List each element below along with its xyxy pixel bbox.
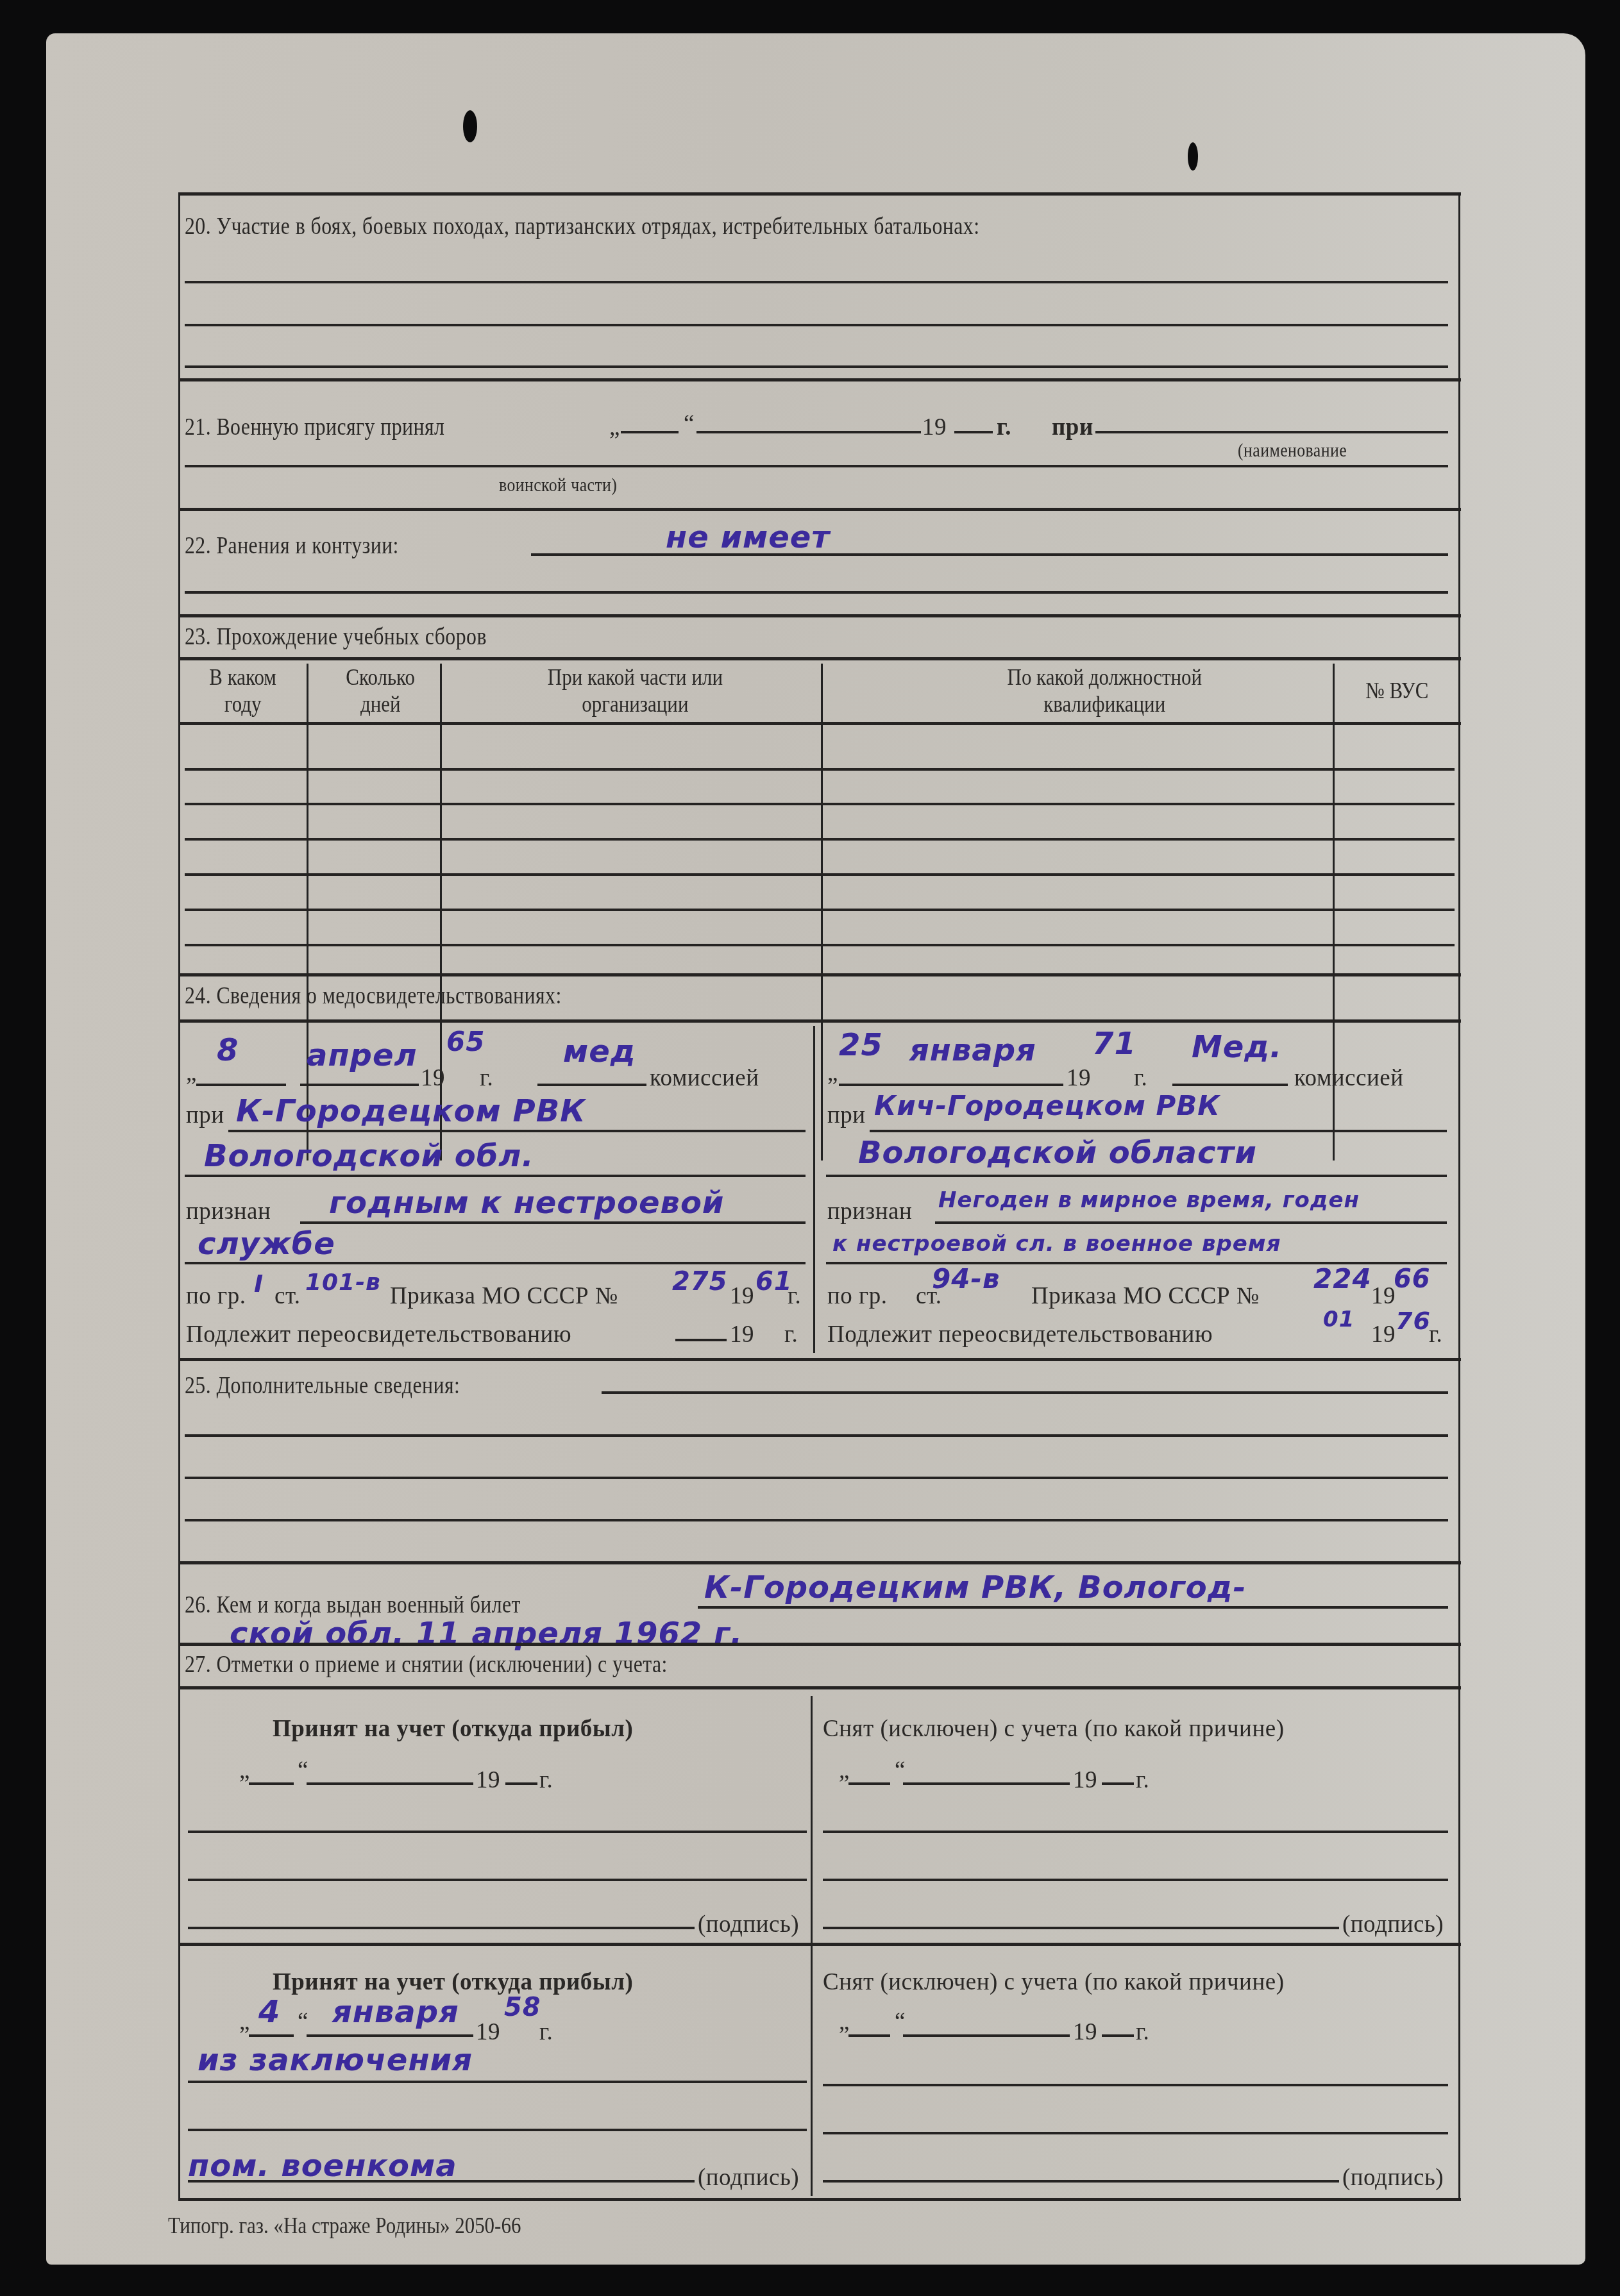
s20-line-3[interactable] bbox=[185, 365, 1448, 368]
s24-left-recognized-rule1 bbox=[300, 1221, 806, 1224]
s27-b2-rem-quote-open: „ bbox=[839, 2008, 850, 2036]
form-bottom-rule bbox=[178, 2198, 1461, 2201]
binding-tear-left bbox=[463, 110, 477, 142]
s24-right-subject-g: г. bbox=[1429, 1321, 1442, 1348]
s24-right-subject-year: 19 bbox=[1371, 1321, 1396, 1348]
s23-row-line-6[interactable] bbox=[185, 944, 1455, 946]
s24-left-quote: „ bbox=[186, 1059, 197, 1087]
s27-header-bottom bbox=[178, 1686, 1461, 1689]
s24-right-recognized-line1[interactable]: Негоден в мирное время, годен bbox=[938, 1187, 1360, 1213]
s26-value-line1[interactable]: К-Городецким РВК, Вологод- bbox=[704, 1570, 1247, 1605]
s24-left-commission: комиссией bbox=[650, 1064, 759, 1092]
s27-b2-acc-signature[interactable]: пом. военкома bbox=[188, 2148, 457, 2184]
s27-b2-acc-from-2[interactable] bbox=[188, 2129, 807, 2131]
s24-left-order-no[interactable]: 275 bbox=[672, 1267, 728, 1296]
s24-left-subject-g: г. bbox=[784, 1321, 798, 1348]
s27-block-divider bbox=[178, 1943, 1461, 1946]
s24-right-reexam-month[interactable]: 01 bbox=[1323, 1307, 1354, 1332]
s24-left-month-line bbox=[300, 1084, 419, 1086]
s24-right-at-line1[interactable]: Кич-Городецком РВК bbox=[874, 1090, 1220, 1121]
s24-right-day[interactable]: 25 bbox=[839, 1027, 883, 1063]
s26-value-line2[interactable]: ской обл. 11 апреля 1962 г. bbox=[230, 1616, 743, 1652]
s24-right-order-year[interactable]: 66 bbox=[1394, 1264, 1431, 1294]
s21-quote-open: „ bbox=[609, 414, 620, 441]
s24-right-year[interactable]: 71 bbox=[1092, 1026, 1136, 1062]
s24-label: 24. Сведения о медосвидетельствованиях: bbox=[185, 982, 562, 1010]
s25-line-1[interactable] bbox=[602, 1391, 1448, 1394]
s27-b1-acc-month[interactable] bbox=[307, 1782, 473, 1785]
s20-line-1[interactable] bbox=[185, 281, 1448, 283]
s24-right-quote: „ bbox=[827, 1059, 838, 1087]
s23-header-bottom bbox=[178, 722, 1461, 725]
s27-b1-rem-reason-2[interactable] bbox=[823, 1879, 1448, 1881]
s24-left-month[interactable]: апрел bbox=[307, 1037, 418, 1073]
s26-divider bbox=[178, 1643, 1461, 1646]
s24-right-type-line bbox=[1172, 1084, 1288, 1086]
s27-b1-rem-year-prefix: 19 bbox=[1073, 1766, 1097, 1794]
s24-left-at-line1[interactable]: К-Городецком РВК bbox=[236, 1093, 586, 1129]
s24-header-bottom bbox=[178, 1019, 1461, 1023]
s22-value[interactable]: не имеет bbox=[666, 519, 830, 555]
s24-left-reexam-field[interactable] bbox=[675, 1339, 727, 1341]
s27-b1-rem-reason-1[interactable] bbox=[823, 1831, 1448, 1833]
s27-b1-rem-g: г. bbox=[1136, 1766, 1149, 1794]
s24-right-year-prefix: 19 bbox=[1067, 1064, 1091, 1092]
s21-label: 21. Военную присягу принял bbox=[185, 414, 444, 441]
s21-day-field[interactable] bbox=[621, 431, 679, 433]
frame-top-rule bbox=[178, 192, 1461, 196]
s24-left-year-prefix: 19 bbox=[421, 1064, 445, 1092]
form-body: 20. Участие в боях, боевых походах, парт… bbox=[178, 192, 1461, 2206]
frame-right-rule bbox=[1458, 192, 1460, 2199]
s24-left-order-g: г. bbox=[788, 1282, 801, 1310]
s24-right-g: г. bbox=[1134, 1064, 1147, 1092]
s27-b1-removed-header: Снят (исключен) с учета (по какой причин… bbox=[823, 1715, 1284, 1743]
s24-right-month-line bbox=[839, 1084, 1063, 1086]
s24-right-month[interactable]: января bbox=[909, 1032, 1036, 1068]
s22-line-1 bbox=[531, 553, 1448, 556]
s24-right-order: Приказа МО СССР № bbox=[1031, 1282, 1260, 1310]
s23-row-line-2[interactable] bbox=[185, 803, 1455, 805]
s27-b1-acc-from-1[interactable] bbox=[188, 1831, 807, 1833]
s27-b2-acc-year-prefix: 19 bbox=[476, 2018, 500, 2046]
s24-right-at: при bbox=[827, 1102, 866, 1129]
s27-b1-rem-signature-line[interactable] bbox=[823, 1927, 1339, 1929]
s27-b1-acc-quote-close: “ bbox=[298, 1757, 308, 1784]
s25-divider bbox=[178, 1561, 1461, 1564]
s23-row-line-4[interactable] bbox=[185, 873, 1455, 876]
s24-left-at-rule2 bbox=[185, 1175, 806, 1177]
printer-imprint: Типогр. газ. «На страже Родины» 2050-66 bbox=[168, 2212, 521, 2239]
s22-divider bbox=[178, 614, 1461, 617]
s24-left-recognized-rule2 bbox=[185, 1262, 806, 1264]
s24-left-g: г. bbox=[480, 1064, 493, 1092]
s21-caption-1: (наименование bbox=[1238, 440, 1347, 462]
s24-left-recognized: признан bbox=[186, 1198, 271, 1225]
s23-col-year-header: В какомгоду bbox=[182, 664, 303, 717]
s24-left-recognized-line1[interactable]: годным к нестроевой bbox=[329, 1185, 725, 1221]
s27-b2-acc-quote-open: „ bbox=[239, 2008, 250, 2036]
s24-left-by-gr: по гр. bbox=[186, 1282, 246, 1310]
s27-b2-acc-from[interactable]: из заключения bbox=[198, 2042, 473, 2078]
s23-table-bottom bbox=[178, 973, 1461, 976]
s23-label: 23. Прохождение учебных сборов bbox=[185, 623, 487, 651]
s24-left-year[interactable]: 65 bbox=[446, 1026, 485, 1057]
s25-label: 25. Дополнительные сведения: bbox=[185, 1372, 460, 1400]
s27-b2-acc-day-line bbox=[249, 2034, 294, 2037]
s23-row-line-5[interactable] bbox=[185, 909, 1455, 911]
s21-year-prefix: 19 bbox=[922, 414, 947, 441]
s24-left-day[interactable]: 8 bbox=[217, 1032, 239, 1068]
s27-b2-rem-quote-close: “ bbox=[895, 2008, 906, 2036]
s22-label: 22. Ранения и контузии: bbox=[185, 532, 399, 560]
s24-right-at-rule1 bbox=[870, 1130, 1447, 1132]
s21-year-suffix: г. bbox=[997, 414, 1011, 441]
s24-left-type-line bbox=[537, 1084, 646, 1086]
s24-right-recognized-line2[interactable]: к нестроевой сл. в военное время bbox=[832, 1231, 1281, 1257]
s27-b2-acc-month[interactable]: января bbox=[332, 1994, 459, 2030]
s27-b1-rem-signature-caption: (подпись) bbox=[1342, 1911, 1444, 1938]
s24-right-reexam-year[interactable]: 76 bbox=[1396, 1307, 1431, 1335]
frame-left-rule bbox=[178, 192, 180, 2199]
s27-b1-acc-signature-caption: (подпись) bbox=[698, 1911, 799, 1938]
s24-right-order-no[interactable]: 224 bbox=[1313, 1263, 1372, 1295]
s24-right-article[interactable]: 94-в bbox=[932, 1263, 1000, 1295]
s25-line-4[interactable] bbox=[185, 1519, 1448, 1521]
s20-divider bbox=[178, 378, 1461, 381]
s27-b2-removed-header: Снят (исключен) с учета (по какой причин… bbox=[823, 1968, 1284, 1996]
s27-b1-acc-year-prefix: 19 bbox=[476, 1766, 500, 1794]
s23-col-sep-3 bbox=[821, 664, 823, 1161]
s21-caption-2: воинской части) bbox=[499, 474, 617, 496]
s27-b1-accepted-header: Принят на учет (откуда прибыл) bbox=[273, 1715, 633, 1743]
s27-b2-accepted-header: Принят на учет (откуда прибыл) bbox=[273, 1968, 633, 1996]
s24-left-order: Приказа МО СССР № bbox=[390, 1282, 618, 1310]
s24-right-order-year-prefix: 19 bbox=[1371, 1282, 1396, 1310]
s27-b1-rem-year[interactable] bbox=[1102, 1782, 1134, 1785]
s27-b2-rem-signature-line[interactable] bbox=[823, 2180, 1339, 2183]
s24-right-recognized: признан bbox=[827, 1198, 912, 1225]
s24-left-order-year-prefix: 19 bbox=[730, 1282, 754, 1310]
s27-b2-acc-g: г. bbox=[539, 2018, 553, 2046]
s27-b2-acc-year[interactable]: 58 bbox=[504, 1993, 541, 2022]
s27-b2-acc-from-1 bbox=[188, 2081, 807, 2083]
s27-b2-acc-quote-close: “ bbox=[298, 2008, 308, 2036]
s27-b2-rem-month[interactable] bbox=[903, 2034, 1070, 2037]
s27-b2-rem-day[interactable] bbox=[848, 2034, 890, 2037]
s27-b1-acc-quote-open: „ bbox=[239, 1757, 250, 1784]
s23-col-qualification-header: По какой должностнойквалификации bbox=[826, 664, 1383, 717]
s27-b1-rem-quote-close: “ bbox=[895, 1757, 906, 1784]
s24-right-at-line2[interactable]: Вологодской области bbox=[858, 1135, 1257, 1171]
s21-quote-close: “ bbox=[684, 410, 695, 438]
s21-year-field[interactable] bbox=[954, 431, 993, 433]
s27-b1-acc-g: г. bbox=[539, 1766, 553, 1794]
s24-left-article[interactable]: 101-в bbox=[305, 1270, 381, 1296]
s21-at: при bbox=[1052, 414, 1093, 441]
s27-b1-rem-day[interactable] bbox=[848, 1782, 890, 1785]
s21-divider bbox=[178, 508, 1461, 511]
s23-col-vus-header: № ВУС bbox=[1339, 677, 1455, 704]
s24-left-exam-type[interactable]: мед bbox=[563, 1034, 636, 1069]
s24-left-recognized-line2[interactable]: службе bbox=[198, 1226, 335, 1262]
s21-unit-field-1[interactable] bbox=[1095, 431, 1448, 433]
s27-b2-rem-reason-1[interactable] bbox=[823, 2084, 1448, 2086]
s24-left-art: ст. bbox=[274, 1282, 301, 1310]
s23-col-days-header: Сколькодней bbox=[314, 664, 446, 717]
s27-b2-acc-day[interactable]: 4 bbox=[258, 1994, 280, 2030]
s23-table-top bbox=[178, 657, 1461, 660]
s24-divider bbox=[178, 1358, 1461, 1361]
s24-right-exam-type[interactable]: Мед. bbox=[1192, 1029, 1282, 1065]
s24-right-subject: Подлежит переосвидетельствованию bbox=[827, 1321, 1213, 1348]
s27-b2-acc-month-line bbox=[307, 2034, 473, 2037]
s27-b2-rem-reason-2[interactable] bbox=[823, 2132, 1448, 2134]
s22-line-2[interactable] bbox=[185, 591, 1448, 594]
s24-right-at-rule2 bbox=[826, 1175, 1447, 1177]
s27-b1-acc-from-2[interactable] bbox=[188, 1879, 807, 1881]
binding-tear-right bbox=[1188, 142, 1198, 171]
s24-center-divider bbox=[813, 1026, 815, 1353]
s27-b1-rem-month[interactable] bbox=[903, 1782, 1070, 1785]
s27-b2-rem-year-prefix: 19 bbox=[1073, 2018, 1097, 2046]
s25-line-2[interactable] bbox=[185, 1434, 1448, 1437]
s27-b1-rem-quote-open: „ bbox=[839, 1757, 850, 1784]
s24-left-subject: Подлежит переосвидетельствованию bbox=[186, 1321, 571, 1348]
s27-b2-rem-year[interactable] bbox=[1102, 2034, 1134, 2037]
s27-center-divider bbox=[811, 1696, 813, 2196]
s23-row-line-1[interactable] bbox=[185, 768, 1455, 771]
s26-line-1 bbox=[698, 1606, 1448, 1609]
s27-b1-acc-signature-line[interactable] bbox=[188, 1927, 695, 1929]
s24-right-commission: комиссией bbox=[1294, 1064, 1403, 1092]
s24-right-recognized-rule1 bbox=[935, 1221, 1447, 1224]
s25-line-3[interactable] bbox=[185, 1477, 1448, 1479]
s20-line-2[interactable] bbox=[185, 324, 1448, 326]
s26-label: 26. Кем и когда выдан военный билет bbox=[185, 1591, 521, 1619]
s24-left-day-line bbox=[196, 1084, 286, 1086]
s27-b1-acc-day[interactable] bbox=[249, 1782, 294, 1785]
s24-left-at-line2[interactable]: Вологодской обл. bbox=[204, 1138, 534, 1174]
s23-col-unit-header: При какой части илиорганизации bbox=[448, 664, 823, 717]
s20-label: 20. Участие в боях, боевых походах, парт… bbox=[185, 213, 979, 240]
s27-b1-acc-year[interactable] bbox=[505, 1782, 537, 1785]
s24-left-at-rule1 bbox=[228, 1130, 806, 1132]
s27-b2-acc-signature-line bbox=[188, 2180, 695, 2183]
s24-right-by-gr: по гр. bbox=[827, 1282, 887, 1310]
s21-unit-field-2[interactable] bbox=[185, 465, 1448, 467]
s24-left-subject-year: 19 bbox=[730, 1321, 754, 1348]
s27-b2-acc-signature-caption: (подпись) bbox=[698, 2164, 799, 2191]
s23-row-line-3[interactable] bbox=[185, 838, 1455, 841]
s27-b2-rem-signature-caption: (подпись) bbox=[1342, 2164, 1444, 2191]
s27-label: 27. Отметки о приеме и снятии (исключени… bbox=[185, 1651, 668, 1679]
s21-month-field[interactable] bbox=[696, 431, 921, 433]
s27-b2-rem-g: г. bbox=[1136, 2018, 1149, 2046]
s24-left-group[interactable]: I bbox=[254, 1270, 264, 1298]
s24-left-at: при bbox=[186, 1102, 224, 1129]
